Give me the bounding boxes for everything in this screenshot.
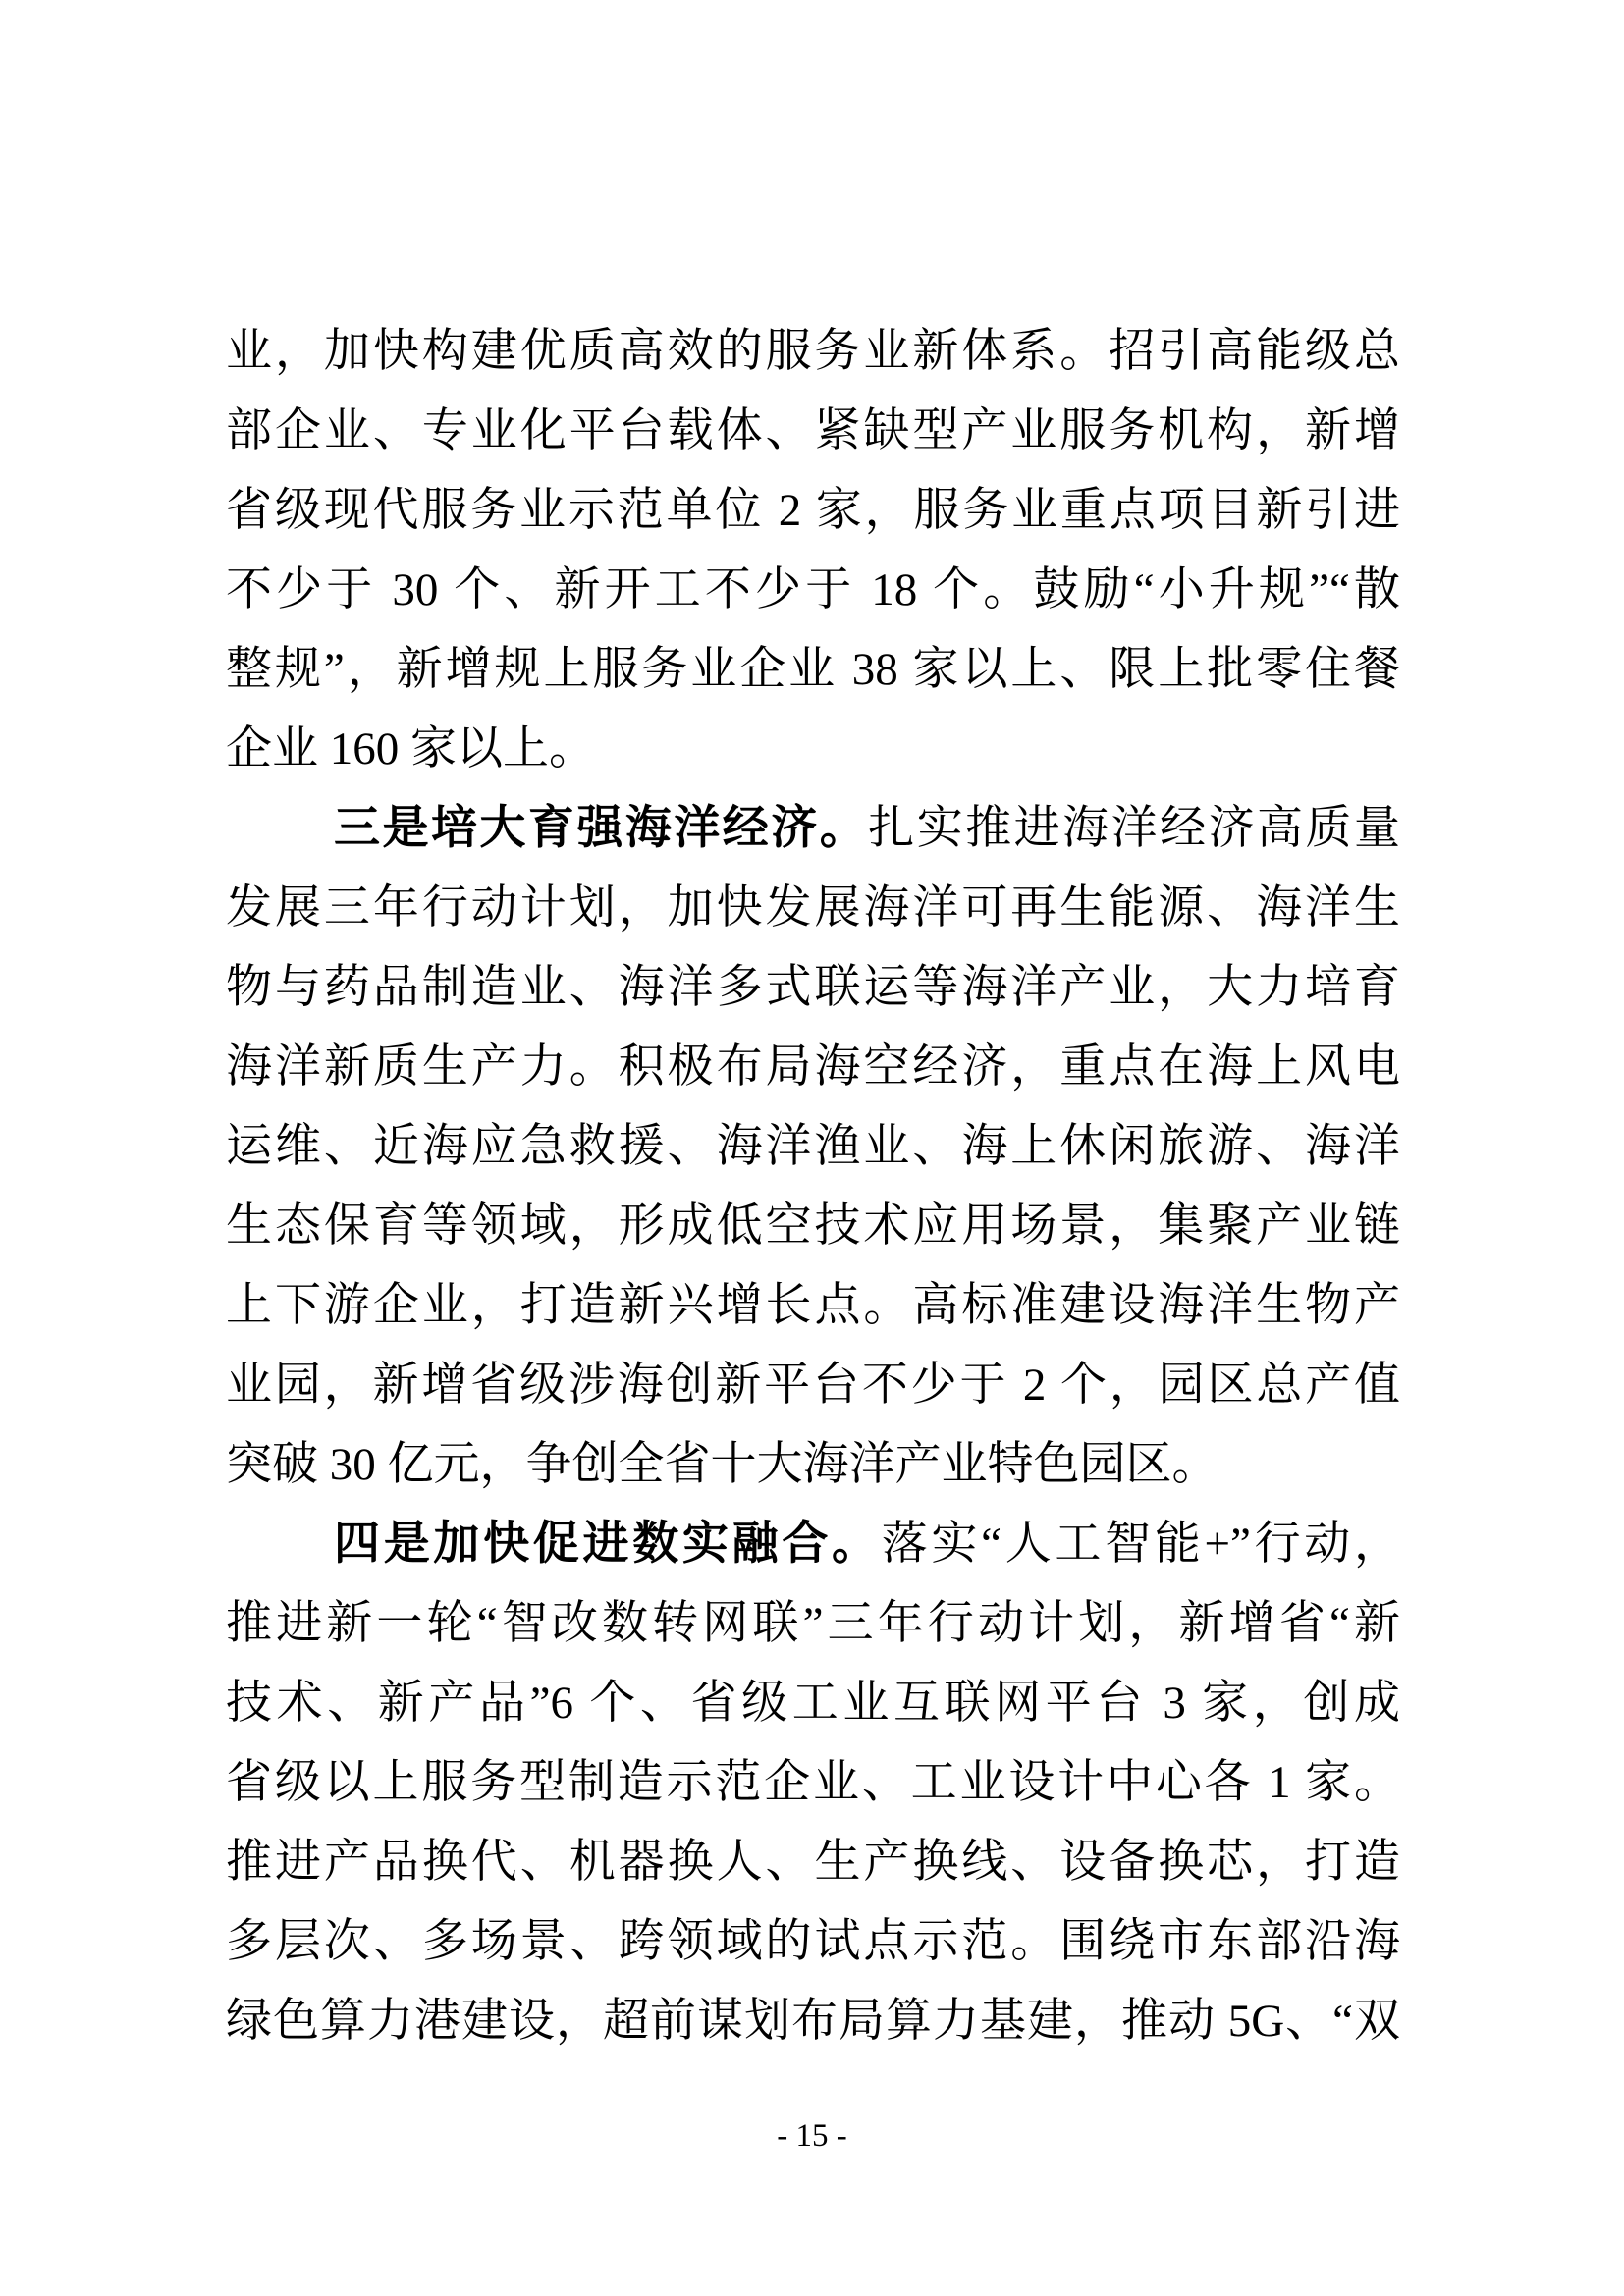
text-segment: 多层次、多场景、跨领域的试点示范。围绕市东部沿海 — [226, 1916, 1400, 1967]
text-segment: 运维、近海应急救援、海洋渔业、海上休闲旅游、海洋 — [226, 1121, 1400, 1172]
text-line: 业园，新增省级涉海创新平台不少于 2 个，园区总产值 — [226, 1346, 1400, 1425]
text-segment: 生态保育等领域，形成低空技术应用场景，集聚产业链 — [226, 1201, 1400, 1252]
text-segment: 扎实推进海洋经济高质量 — [868, 803, 1400, 854]
text-segment: 省级现代服务业示范单位 2 家，服务业重点项目新引进 — [226, 485, 1400, 536]
text-segment: 企业 160 家以上。 — [226, 723, 595, 774]
text-segment: 业园，新增省级涉海创新平台不少于 2 个，园区总产值 — [226, 1360, 1400, 1411]
paragraph-marine-economy: 三是培大育强海洋经济。扎实推进海洋经济高质量发展三年行动计划，加快发展海洋可再生… — [226, 789, 1400, 1505]
text-line: 物与药品制造业、海洋多式联运等海洋产业，大力培育 — [226, 948, 1400, 1028]
paragraph-heading: 四是加快促进数实融合。 — [334, 1519, 882, 1570]
text-segment: 技术、新产品”6 个、省级工业互联网平台 3 家，创成 — [226, 1678, 1400, 1729]
text-segment: 发展三年行动计划，加快发展海洋可再生能源、海洋生 — [226, 882, 1400, 934]
text-line: 海洋新质生产力。积极布局海空经济，重点在海上风电 — [226, 1028, 1400, 1107]
text-line: 不少于 30 个、新开工不少于 18 个。鼓励“小升规”“散 — [226, 551, 1400, 630]
document-page: 业，加快构建优质高效的服务业新体系。招引高能级总部企业、专业化平台载体、紧缺型产… — [0, 0, 1624, 2296]
text-segment: 物与药品制造业、海洋多式联运等海洋产业，大力培育 — [226, 962, 1400, 1013]
text-line: 三是培大育强海洋经济。扎实推进海洋经济高质量 — [226, 789, 1400, 869]
paragraph-digital-real-integration: 四是加快促进数实融合。落实“人工智能+”行动，推进新一轮“智改数转网联”三年行动… — [226, 1505, 1400, 2061]
text-line: 推进新一轮“智改数转网联”三年行动计划，新增省“新 — [226, 1584, 1400, 1664]
text-line: 生态保育等领域，形成低空技术应用场景，集聚产业链 — [226, 1187, 1400, 1266]
text-segment: 部企业、专业化平台载体、紧缺型产业服务机构，新增 — [226, 405, 1400, 456]
text-segment: 海洋新质生产力。积极布局海空经济，重点在海上风电 — [226, 1041, 1400, 1093]
text-segment: 不少于 30 个、新开工不少于 18 个。鼓励“小升规”“散 — [226, 564, 1400, 615]
text-line: 四是加快促进数实融合。落实“人工智能+”行动， — [226, 1505, 1400, 1584]
text-line: 多层次、多场景、跨领域的试点示范。围绕市东部沿海 — [226, 1902, 1400, 1982]
text-line: 突破 30 亿元，争创全省十大海洋产业特色园区。 — [226, 1425, 1400, 1505]
text-line: 绿色算力港建设，超前谋划布局算力基建，推动 5G、“双 — [226, 1982, 1400, 2061]
text-line: 上下游企业，打造新兴增长点。高标准建设海洋生物产 — [226, 1266, 1400, 1346]
text-line: 企业 160 家以上。 — [226, 710, 1400, 789]
document-body: 业，加快构建优质高效的服务业新体系。招引高能级总部企业、专业化平台载体、紧缺型产… — [226, 312, 1400, 2061]
paragraph-services-industry: 业，加快构建优质高效的服务业新体系。招引高能级总部企业、专业化平台载体、紧缺型产… — [226, 312, 1400, 789]
text-line: 业，加快构建优质高效的服务业新体系。招引高能级总 — [226, 312, 1400, 392]
text-segment: 突破 30 亿元，争创全省十大海洋产业特色园区。 — [226, 1439, 1218, 1490]
text-segment: 整规”，新增规上服务业企业 38 家以上、限上批零住餐 — [226, 644, 1400, 695]
text-line: 运维、近海应急救援、海洋渔业、海上休闲旅游、海洋 — [226, 1107, 1400, 1187]
text-segment: 省级以上服务型制造示范企业、工业设计中心各 1 家。 — [226, 1757, 1400, 1808]
text-segment: 推进新一轮“智改数转网联”三年行动计划，新增省“新 — [226, 1598, 1400, 1649]
text-segment: 绿色算力港建设，超前谋划布局算力基建，推动 5G、“双 — [226, 1996, 1400, 2047]
text-segment: 上下游企业，打造新兴增长点。高标准建设海洋生物产 — [226, 1280, 1400, 1331]
text-line: 省级以上服务型制造示范企业、工业设计中心各 1 家。 — [226, 1743, 1400, 1823]
text-line: 省级现代服务业示范单位 2 家，服务业重点项目新引进 — [226, 471, 1400, 551]
text-segment: 落实“人工智能+”行动， — [882, 1519, 1400, 1570]
text-line: 部企业、专业化平台载体、紧缺型产业服务机构，新增 — [226, 392, 1400, 471]
text-line: 推进产品换代、机器换人、生产换线、设备换芯，打造 — [226, 1823, 1400, 1902]
text-segment: 业，加快构建优质高效的服务业新体系。招引高能级总 — [226, 326, 1400, 377]
text-line: 发展三年行动计划，加快发展海洋可再生能源、海洋生 — [226, 869, 1400, 948]
text-line: 整规”，新增规上服务业企业 38 家以上、限上批零住餐 — [226, 630, 1400, 710]
paragraph-heading: 三是培大育强海洋经济。 — [334, 803, 868, 854]
text-segment: 推进产品换代、机器换人、生产换线、设备换芯，打造 — [226, 1837, 1400, 1888]
page-number: - 15 - — [0, 2116, 1624, 2156]
text-line: 技术、新产品”6 个、省级工业互联网平台 3 家，创成 — [226, 1664, 1400, 1743]
